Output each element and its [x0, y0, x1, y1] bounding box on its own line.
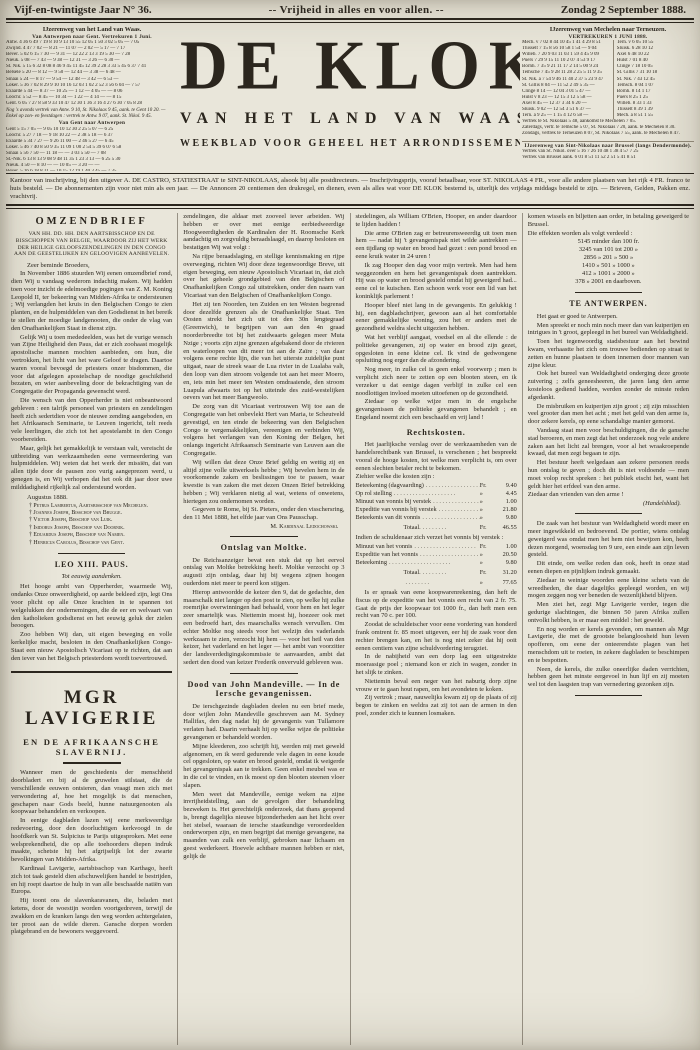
article-paragraph: Wat het verblijf aangaat, voedsel en al … — [356, 334, 517, 365]
cost-currency: » — [480, 506, 493, 514]
masthead-subtitle: VAN HET LAND VAN WAAS. — [180, 110, 520, 128]
article-paragraph: Nog meer, in zulke cel is geen enkel voo… — [356, 366, 517, 397]
cost-label: Beteekening — [356, 559, 387, 567]
article-column-4: komen wissels en biljetten aan order, in… — [522, 213, 694, 1045]
cost-currency: Fr. — [480, 524, 493, 532]
article-paragraph: Het gaat er goed te Antwerpen. — [528, 313, 689, 321]
figures-line: 412 » 1001 » 2000 » — [528, 270, 689, 278]
article-paragraph: Zoodat de schuldeischer voor eene vorder… — [356, 621, 517, 652]
article-paragraph: Hooper bleef niet lang in de gevangenis.… — [356, 302, 517, 333]
article-paragraph: Zij vertrok ; maar, nauwelijks kwam zij … — [356, 694, 517, 717]
article-paragraph: Is er spraak van eene koopwarenrekening,… — [356, 589, 517, 620]
prospectus: Kantoor van inschrijving, bij den uitgev… — [0, 174, 700, 203]
article-paragraph: komen wissels en biljetten aan order, in… — [528, 213, 689, 229]
cost-currency: » — [480, 579, 493, 587]
cost-label: Minuut van vonnis bij verstek — [356, 498, 432, 506]
newspaper-page: Vijf-en-twintigste Jaar N° 36. -- Vrijhe… — [0, 0, 700, 1050]
article-paragraph: Ook het bureel van Weldadigheid ondergin… — [528, 370, 689, 401]
article-heading: Rechtskosten. — [356, 428, 517, 438]
cost-label: Expeditie van vonnis bij verstek — [356, 506, 437, 514]
dot-leader: . . . . . . . . . . . . . . . . . . . . — [431, 498, 480, 506]
timetable-mechelen-notes: Vertrek te St. Nikolaas 5 48, aankomst t… — [522, 119, 694, 137]
article-paragraph: Kardinaal Lavigerie, aartsbisschop van K… — [11, 865, 172, 896]
timetable-row: Bever. 5 16 6 18 8 31 — 10 15 12 19 1 40… — [6, 169, 178, 171]
article-paragraph: Wanneer men de geschiedenis der menschhe… — [11, 769, 172, 816]
timetable-row: Temsche 7 45 9 28 11 28 2 25 5 11 9 35 — [522, 70, 611, 76]
timetable-mechelen-rows-a: Mech. v 7 02 8 44 10 45 1 41 4 29 8 51Th… — [522, 40, 614, 119]
figures-line: 2856 » 201 » 500 » — [528, 254, 689, 262]
cost-label: Minuut van het vonnis — [356, 543, 413, 551]
article-paragraph: Ziedaar op welke wijze men in de engelsc… — [356, 398, 517, 421]
signature: † Petrus Lambertus, Aartsbisschop van Me… — [29, 503, 172, 510]
article-paragraph: Het bestuur heeft welgedaan aan zekere p… — [528, 459, 689, 490]
timetable-mechelen-rows-b: Tern. v 6 05 10 55Sluisk. 6 28 10 12Axel… — [617, 40, 694, 119]
dot-leader: . . . . . . . . . . . . . . . . . . . . — [420, 514, 479, 522]
signature-list: † Petrus Lambertus, Aartsbisschop van Me… — [11, 503, 172, 547]
article-paragraph: De zorg van dit Vicariaat vertrouwen Wij… — [183, 403, 344, 458]
cost-value: 20.50 — [493, 551, 517, 559]
cost-row: Expeditie van vonnis bij verstek. . . . … — [356, 506, 517, 514]
timetable-waas-rows-1: Antw. 4 36 6 49 7 19 8 10 9 13 10 55 12 … — [6, 40, 178, 107]
cost-row: Expeditie van het vonnis. . . . . . . . … — [356, 551, 517, 559]
cost-total-row: Totaal.. . . . . . . .Fr.46.55 — [356, 524, 517, 532]
cost-row: Beteekening. . . . . . . . . . . . . . .… — [356, 559, 517, 567]
masthead: IJzerenweg van het Land van Waas. Van An… — [0, 23, 700, 171]
timetable-waas-rows-2: Gent 5 15 7 05 — 9 05 10 10 12 30 2 25 5… — [6, 127, 178, 171]
figures-line: 378 » 2001 en daarboven. — [528, 278, 689, 286]
article-heading: TE ANTWERPEN. — [528, 299, 689, 309]
issue-number: Vijf-en-twintigste Jaar N° 36. — [14, 4, 152, 16]
cost-value: 46.55 — [493, 524, 517, 532]
cost-value: 1.00 — [493, 498, 517, 506]
article-paragraph: Wij willen dat deze Onze Brief geldig en… — [183, 459, 344, 506]
article-column-1: OMZENDBRIEFVAN HH. DD. HH. DEN AARTSBISS… — [6, 213, 177, 1045]
section-rule — [575, 292, 643, 293]
article-paragraph: Dit einde, om welke reden dan ook, heeft… — [528, 560, 689, 576]
nameplate-block: DE KLOK VAN HET LAND VAN WAAS. WEEKBLAD … — [180, 25, 520, 171]
article-paragraph: Men ziet het, zegt Mgr Lavigerie verder,… — [528, 601, 689, 624]
cost-label: Beteekenis van dit vonnis — [356, 514, 421, 522]
cost-total-label: Totaal. — [356, 524, 421, 532]
figures-line: 5145 minder dan 100 fr. — [528, 238, 689, 246]
timetable-mechelen-columns: Mech. v 7 02 8 44 10 45 1 41 4 29 8 51Th… — [522, 40, 694, 119]
cost-value: 4.45 — [493, 490, 517, 498]
cost-table: Minuut van het vonnis. . . . . . . . . .… — [356, 543, 517, 587]
cost-value: 21.80 — [493, 506, 517, 514]
article-paragraph: Men spreekt er noch min noch meer dan va… — [528, 322, 689, 338]
article-paragraph: Ik zag Hooper den dag voor mijn vertrek.… — [356, 262, 517, 301]
dot-leader: . . . . . . . . . . . . . . . . . . . . — [412, 543, 479, 551]
article-paragraph: De Reichsanzeiger bevat een stuk dat op … — [183, 557, 344, 588]
timetable-row: Gent. 6 05 7 27 8 58 9 33 10 47 12 30 1 … — [6, 101, 178, 107]
dot-leader: . . . . . . . . — [404, 579, 480, 587]
source-credit: (Handelsblad). — [528, 500, 689, 507]
article-paragraph: In November 1886 stuurden Wij eenen omze… — [11, 270, 172, 332]
figures-table: 5145 minder dan 100 fr.3245 van 101 tot … — [528, 238, 689, 286]
timetable-waas: IJzerenweg van het Land van Waas. Van An… — [4, 25, 180, 171]
section-rule — [575, 695, 643, 696]
signature: † Isidorus Joseph, Bisschop van Doornik. — [29, 525, 172, 532]
cost-value: 9.40 — [493, 482, 517, 490]
thick-rule — [6, 204, 694, 209]
cost-currency: » — [480, 514, 493, 522]
cost-total-row: Totaal.. . . . . . . .Fr.31.20 — [356, 569, 517, 577]
article-paragraph: Na rijpe beraadslaging, en stellige kenn… — [183, 253, 344, 300]
article-paragraph: zendelingen, die aldaar met zooveel ieve… — [183, 213, 344, 252]
article-paragraph: Mijne kleederen, zoo schrijft hij, werde… — [183, 743, 344, 790]
cost-row: Beteekenis van dit vonnis. . . . . . . .… — [356, 514, 517, 522]
timetable-row: Vertrek van Brussel aank. 6 01 8 51 11 5… — [522, 155, 694, 161]
motto: -- Vrijheid in alles en voor allen. -- — [269, 4, 444, 16]
section-rule — [575, 513, 643, 514]
dot-leader: . . . . . . . . — [421, 524, 480, 532]
cost-value: 9.80 — [493, 559, 517, 567]
cost-currency: Fr. — [480, 543, 493, 551]
dateline: Augustus 1888. — [11, 494, 172, 501]
cost-label: Expeditie van het vonnis — [356, 551, 418, 559]
timetable-waas-note1: Nog 's avonds vertrek van Antw. 9 10, St… — [6, 108, 178, 120]
issue-bar: Vijf-en-twintigste Jaar N° 36. -- Vrijhe… — [0, 0, 700, 17]
article-columns: OMZENDBRIEFVAN HH. DD. HH. DEN AARTSBISS… — [0, 210, 700, 1045]
article-paragraph: Hij toont ons de slavenkaravanen, die, b… — [11, 897, 172, 936]
timetable-note: Zondags, vertrek te Terneuzen 8 07, St. … — [522, 131, 694, 137]
masthead-tagline: WEEKBLAD VOOR GEHEEL HET ARRONDISSEMENT. — [180, 138, 520, 149]
article-paragraph: Toen het tegenwoordig stadsbestuur aan h… — [528, 338, 689, 369]
cost-value: 31.20 — [493, 569, 517, 577]
dot-leader: . . . . . . . . . . . . . . . . . . . . — [418, 551, 480, 559]
short-rule — [63, 762, 121, 764]
article-paragraph: Ziehier welke die kosten zijn : — [356, 473, 517, 481]
section-rule — [58, 553, 126, 554]
article-paragraph: Niettemin beval een neger van het naburi… — [356, 678, 517, 694]
article-paragraph: De zaak van het bestuur van Weldadigheid… — [528, 520, 689, 559]
cost-currency: » — [480, 551, 493, 559]
cost-row: Op rol stelling. . . . . . . . . . . . .… — [356, 490, 517, 498]
cost-row: Minuut van vonnis bij verstek. . . . . .… — [356, 498, 517, 506]
figures-line: 3245 van 101 tot 200 » — [528, 246, 689, 254]
figures-line: 1410 » 501 » 1000 » — [528, 262, 689, 270]
cost-total-label: Totaal. — [356, 569, 421, 577]
section-rule — [230, 536, 298, 537]
salutation: Zeer beminde Broeders, — [11, 262, 172, 269]
dot-leader: . . . . . . . . . . . . . . . . . . . . — [392, 490, 480, 498]
article-paragraph: Maar, gelijk het gemakkelijk te verstaan… — [11, 445, 172, 492]
timetable-waas-title: IJzerenweg van het Land van Waas. — [6, 26, 178, 34]
article-subheading: Tot eeuwig aandenken. — [11, 573, 172, 580]
article-paragraph: Die effekten worden als volgt verdeeld : — [528, 230, 689, 238]
article-paragraph: Die arme O'Brien zag er betreurensweerdi… — [356, 230, 517, 261]
signature: † Joannes Joseph, Bisschop van Brugge. — [29, 510, 172, 517]
article-column-3: stedelingen, als William O'Brien, Hooper… — [350, 213, 522, 1045]
timetable-mechelen-title: IJzerenweg van Mechelen naar Terneuzen. — [522, 26, 694, 34]
article-heading: LEO XIII. PAUS. — [11, 560, 172, 570]
dot-leader: . . . . . . . . . . . . . . . . . . . . — [387, 559, 480, 567]
dot-leader: . . . . . . . . . . . . . . . . . . . . — [424, 482, 480, 490]
dot-leader: . . . . . . . . — [421, 569, 480, 577]
cost-value: 1.00 — [493, 543, 517, 551]
cost-currency: Fr. — [480, 569, 493, 577]
article-paragraph: En nog worden er kerels gevonden, om man… — [528, 626, 689, 665]
article-heading: Ontslag van Moltke. — [183, 543, 344, 553]
feature-heading-block: MGR LAVIGERIEEN DE AFRIKAANSCHE SLAVERNI… — [11, 671, 172, 764]
signature: † Victor Joseph, Bisschop van Luik. — [29, 517, 172, 524]
article-paragraph: Neen, de kerels, die zulke oneerlijke da… — [528, 666, 689, 689]
article-paragraph: Ziedaar dan vrienden van den arme ! — [528, 491, 689, 499]
cost-table: Beteekening (dagvaarding). . . . . . . .… — [356, 482, 517, 532]
issue-date: Zondag 2 September 1888. — [561, 4, 686, 16]
cost-currency: Fr. — [480, 482, 493, 490]
feature-subheading: EN DE AFRIKAANSCHE SLAVERNIJ. — [11, 737, 172, 757]
article-paragraph: In de nabijheid van een dorp lag een uit… — [356, 653, 517, 676]
article-paragraph: Men weet dat Mandeville, eenige weken na… — [183, 791, 344, 861]
article-paragraph: Gegeven te Rome, bij St. Pieters, onder … — [183, 506, 344, 522]
cost-row: Beteekening (dagvaarding). . . . . . . .… — [356, 482, 517, 490]
article-paragraph: Hierop antwoordde de keizer den 9, dat d… — [183, 589, 344, 667]
article-paragraph: De misbruiken en kuiperijen zijn groot ;… — [528, 403, 689, 426]
article-subheading: VAN HH. DD. HH. DEN AARTSBISSCHOP EN DE … — [11, 231, 172, 258]
article-paragraph: Die wensch van den Opperherder is niet o… — [11, 397, 172, 444]
timetable-mechelen: IJzerenweg van Mechelen naar Terneuzen. … — [520, 25, 696, 171]
signature: † Henricus Carolus, Bisschop van Gent. — [29, 540, 172, 547]
article-heading: OMZENDBRIEF — [11, 216, 172, 227]
article-paragraph: Zoo hebben Wij dan, uit eigen beweging e… — [11, 631, 172, 662]
dot-leader: . . . . . . . . . . . . . . . . . . . . — [437, 506, 480, 514]
timetable-brussels: IJzerenweg van Sint-Nikolaas naar Brusse… — [522, 141, 694, 162]
signature: M. Kardinaal Ledochowski. — [183, 523, 344, 530]
timetable-brussels-rows: Vertrek van St. Nikol. over 5 16 7 26 10… — [522, 149, 694, 161]
cost-row: Minuut van het vonnis. . . . . . . . . .… — [356, 543, 517, 551]
article-paragraph: Vandaag staat men voor beschuldigingen, … — [528, 427, 689, 458]
article-paragraph: Ziedaar in weinige woorden eene kleine s… — [528, 577, 689, 600]
cost-currency: » — [480, 498, 493, 506]
article-paragraph: Het hooge ambt van Opperherder, waarmede… — [11, 583, 172, 630]
cost-currency: » — [480, 490, 493, 498]
article-heading: Dood van John Mandeville. — In de Iersch… — [183, 680, 344, 699]
article-paragraph: Indien de schuldenaar zich verzet het vo… — [356, 534, 517, 542]
feature-heading: MGR LAVIGERIE — [11, 687, 172, 729]
article-paragraph: De ierschgezinde dagbladen deelen nu een… — [183, 703, 344, 742]
article-paragraph: stedelingen, als William O'Brien, Hooper… — [356, 213, 517, 229]
page-title: DE KLOK — [180, 29, 520, 103]
article-paragraph: Het zij ten Noorden, ten Zuiden en ten W… — [183, 301, 344, 402]
article-paragraph: Gelijk Wij u toen mededeelden, was het d… — [11, 334, 172, 396]
cost-label: Op rol stelling — [356, 490, 392, 498]
signature: † Eduardus Joseph, Bisschop van Namen. — [29, 532, 172, 539]
cost-value: 9.80 — [493, 514, 517, 522]
timetable-row: St. Nik. a 7 54 9 46 11 40 2 37 5 23 9 4… — [522, 77, 611, 83]
article-paragraph: Het jaarlijksche verslag over de werkzaa… — [356, 441, 517, 472]
cost-value: 77.65 — [493, 579, 517, 587]
section-rule — [230, 673, 298, 674]
cost-currency: » — [480, 559, 493, 567]
article-paragraph: In eenige dagbladen lazen wij eene merkw… — [11, 817, 172, 864]
cost-total-row: . . . . . . . .»77.65 — [356, 579, 517, 587]
article-column-2: zendelingen, die aldaar met zooveel ieve… — [177, 213, 349, 1045]
cost-label: Beteekening (dagvaarding) — [356, 482, 424, 490]
